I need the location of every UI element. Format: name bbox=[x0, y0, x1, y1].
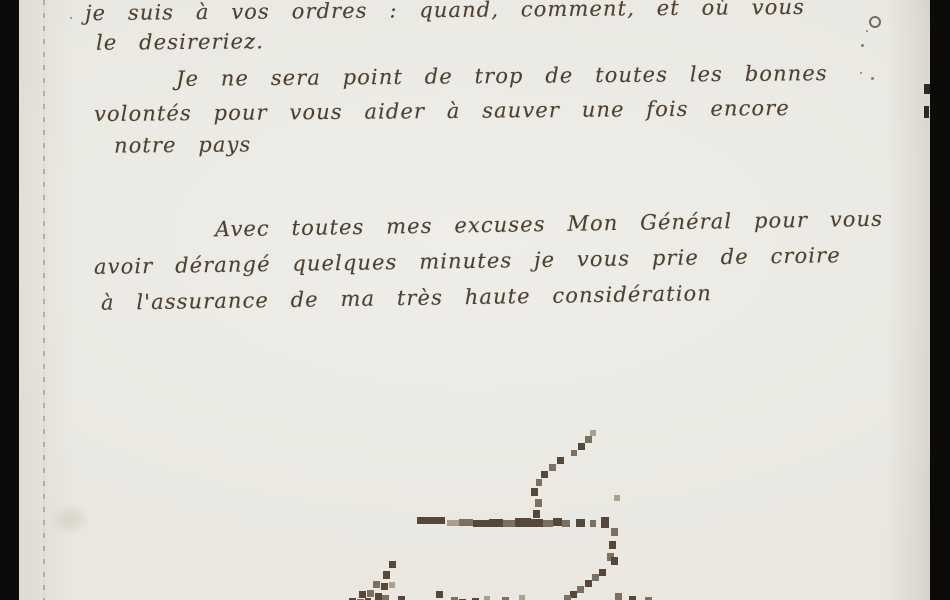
scan-black-border-right bbox=[930, 0, 950, 600]
stain-mark bbox=[50, 502, 90, 536]
ring-mark bbox=[869, 16, 881, 28]
dot-mark bbox=[871, 77, 874, 80]
dot-mark bbox=[70, 17, 72, 19]
dot-mark bbox=[860, 72, 862, 74]
scanned-letter: je suis à vos ordres : quand, comment, e… bbox=[0, 0, 950, 600]
edge-mark bbox=[924, 84, 930, 94]
handwriting-line: le desireriez. bbox=[96, 29, 264, 54]
dot-mark bbox=[866, 30, 868, 32]
dot-mark bbox=[861, 44, 864, 47]
handwriting-line: notre pays bbox=[114, 132, 252, 157]
edge-mark bbox=[924, 106, 929, 118]
scan-black-border-left bbox=[0, 0, 19, 600]
